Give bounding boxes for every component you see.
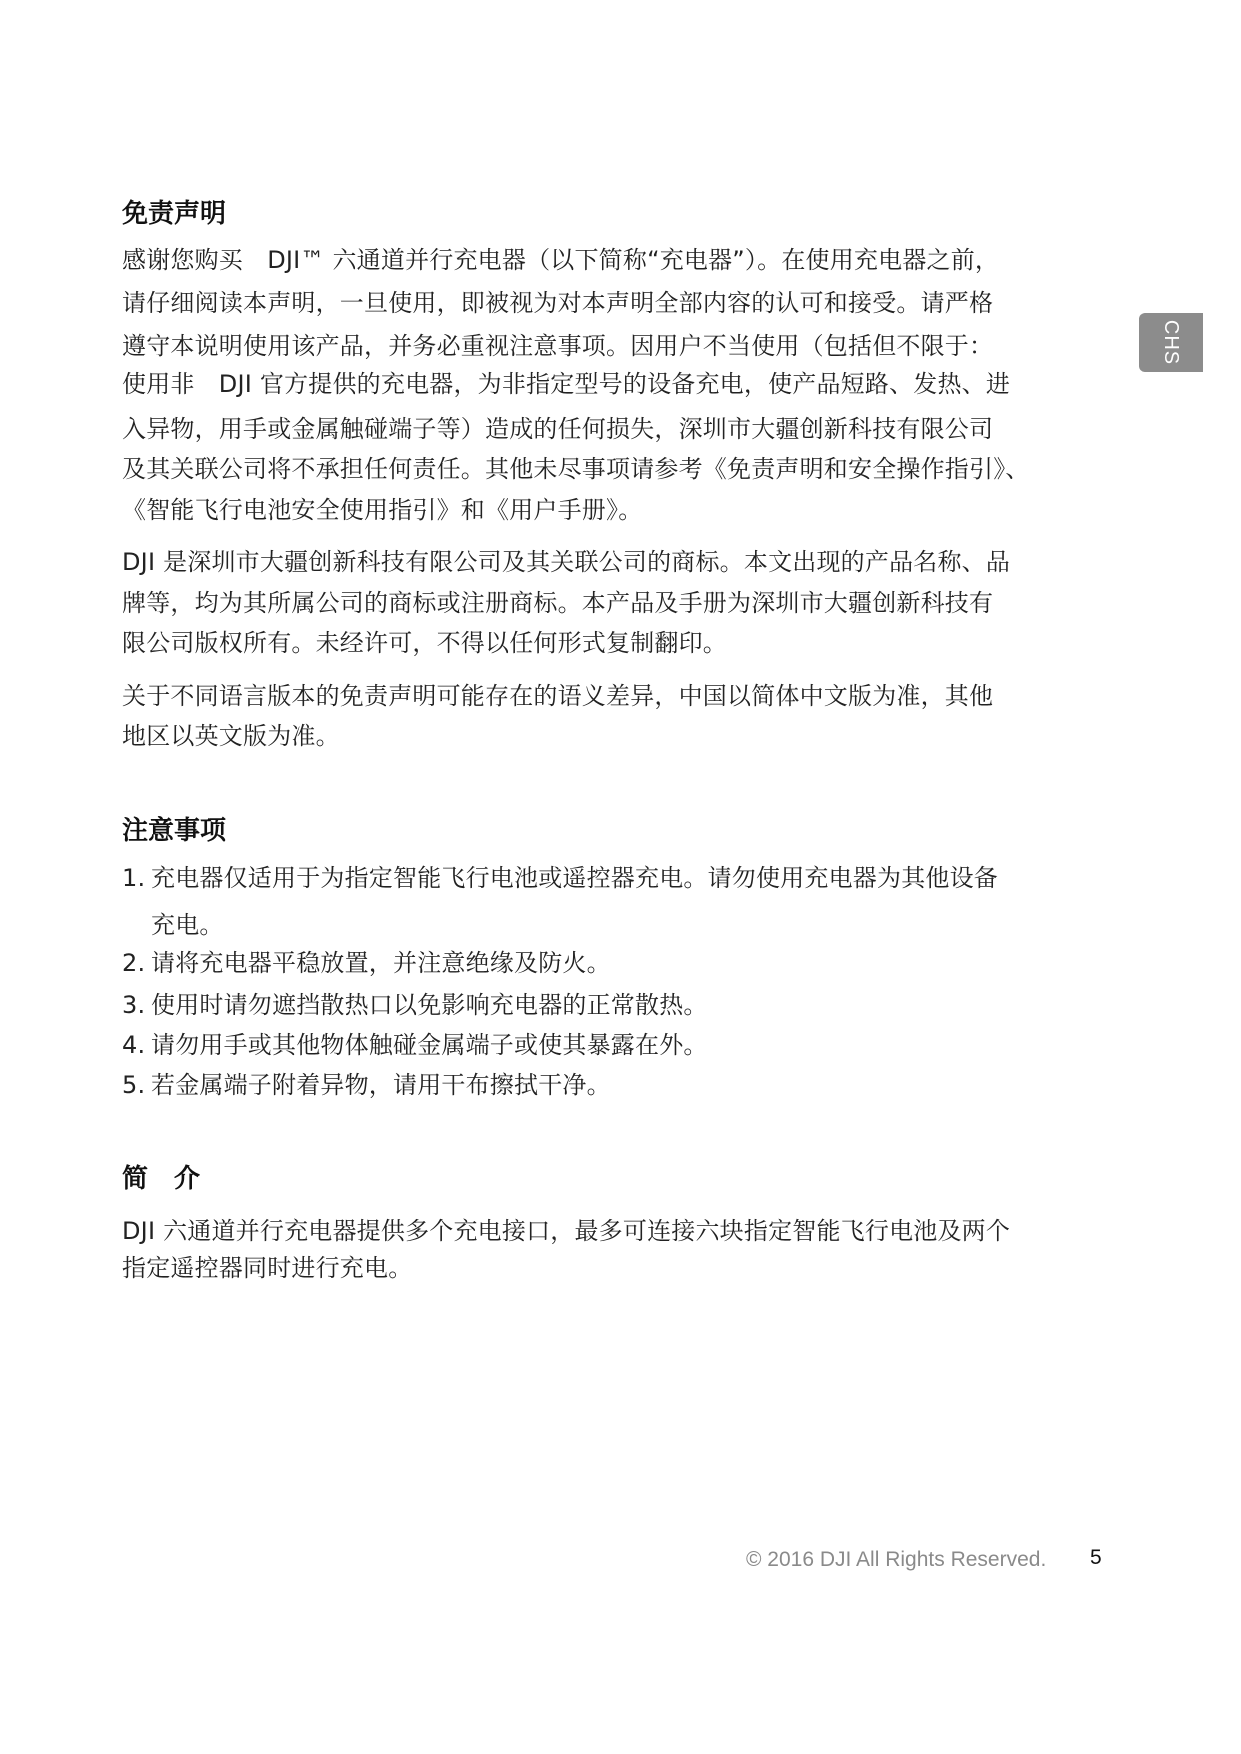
list-text: 若金属端子附着异物，请用干布擦拭干净。 bbox=[151, 1071, 611, 1099]
list-number: 1. bbox=[122, 864, 151, 892]
list-text: 使用时请勿遮挡散热口以免影响充电器的正常散热。 bbox=[151, 991, 708, 1019]
document-page: CHS 免责声明 感谢您购买 DJI™ 六通道并行充电器（以下简称“充电器”）。… bbox=[0, 0, 1241, 1754]
precautions-heading: 注意事项 bbox=[122, 816, 226, 846]
copyright-footer: © 2016 DJI All Rights Reserved. bbox=[746, 1548, 1046, 1572]
precaution-item: 3.使用时请勿遮挡散热口以免影响充电器的正常散热。 bbox=[122, 991, 708, 1019]
list-text: 充电器仅适用于为指定智能飞行电池或遥控器充电。请勿使用充电器为其他设备 bbox=[151, 864, 998, 892]
list-number: 3. bbox=[122, 991, 151, 1019]
disclaimer-line: 入异物，用手或金属触碰端子等）造成的任何损失，深圳市大疆创新科技有限公司 bbox=[122, 415, 993, 443]
disclaimer-line: 及其关联公司将不承担任何责任。其他未尽事项请参考《免责声明和安全操作指引》、 bbox=[122, 455, 1030, 483]
list-number: 5. bbox=[122, 1071, 151, 1099]
language-note-line: 地区以英文版为准。 bbox=[122, 722, 340, 750]
list-text: 请勿用手或其他物体触碰金属端子或使其暴露在外。 bbox=[151, 1031, 708, 1059]
list-text: 请将充电器平稳放置，并注意绝缘及防火。 bbox=[151, 949, 611, 977]
introduction-heading: 简 介 bbox=[122, 1164, 200, 1194]
disclaimer-line: 感谢您购买 DJI™ 六通道并行充电器（以下简称“充电器”）。在使用充电器之前， bbox=[122, 246, 999, 274]
precaution-item: 1.充电器仅适用于为指定智能飞行电池或遥控器充电。请勿使用充电器为其他设备 bbox=[122, 864, 998, 892]
introduction-line: DJI 六通道并行充电器提供多个充电接口，最多可连接六块指定智能飞行电池及两个 bbox=[122, 1217, 1010, 1245]
disclaimer-line: 遵守本说明使用该产品，并务必重视注意事项。因用户不当使用（包括但不限于： bbox=[122, 332, 993, 360]
introduction-line: 指定遥控器同时进行充电。 bbox=[122, 1254, 412, 1282]
trademark-line: 牌等，均为其所属公司的商标或注册商标。本产品及手册为深圳市大疆创新科技有 bbox=[122, 589, 993, 617]
disclaimer-line: 请仔细阅读本声明，一旦使用，即被视为对本声明全部内容的认可和接受。请严格 bbox=[122, 289, 993, 317]
disclaimer-line: 《智能飞行电池安全使用指引》和《用户手册》。 bbox=[122, 496, 642, 524]
precaution-item: 4.请勿用手或其他物体触碰金属端子或使其暴露在外。 bbox=[122, 1031, 708, 1059]
trademark-line: DJI 是深圳市大疆创新科技有限公司及其关联公司的商标。本文出现的产品名称、品 bbox=[122, 548, 1010, 576]
list-number: 2. bbox=[122, 949, 151, 977]
precaution-item-continuation: 充电。 bbox=[151, 911, 224, 939]
language-tab-chs[interactable]: CHS bbox=[1139, 313, 1203, 372]
language-note-line: 关于不同语言版本的免责声明可能存在的语义差异，中国以简体中文版为准，其他 bbox=[122, 682, 993, 710]
language-tab-label: CHS bbox=[1159, 320, 1182, 365]
page-number: 5 bbox=[1090, 1546, 1102, 1570]
disclaimer-line: 使用非 DJI 官方提供的充电器，为非指定型号的设备充电，使产品短路、发热、进 bbox=[122, 370, 1010, 398]
precaution-item: 5.若金属端子附着异物，请用干布擦拭干净。 bbox=[122, 1071, 611, 1099]
list-number: 4. bbox=[122, 1031, 151, 1059]
disclaimer-heading: 免责声明 bbox=[122, 199, 226, 229]
trademark-line: 限公司版权所有。未经许可，不得以任何形式复制翻印。 bbox=[122, 629, 727, 657]
precaution-item: 2.请将充电器平稳放置，并注意绝缘及防火。 bbox=[122, 949, 611, 977]
